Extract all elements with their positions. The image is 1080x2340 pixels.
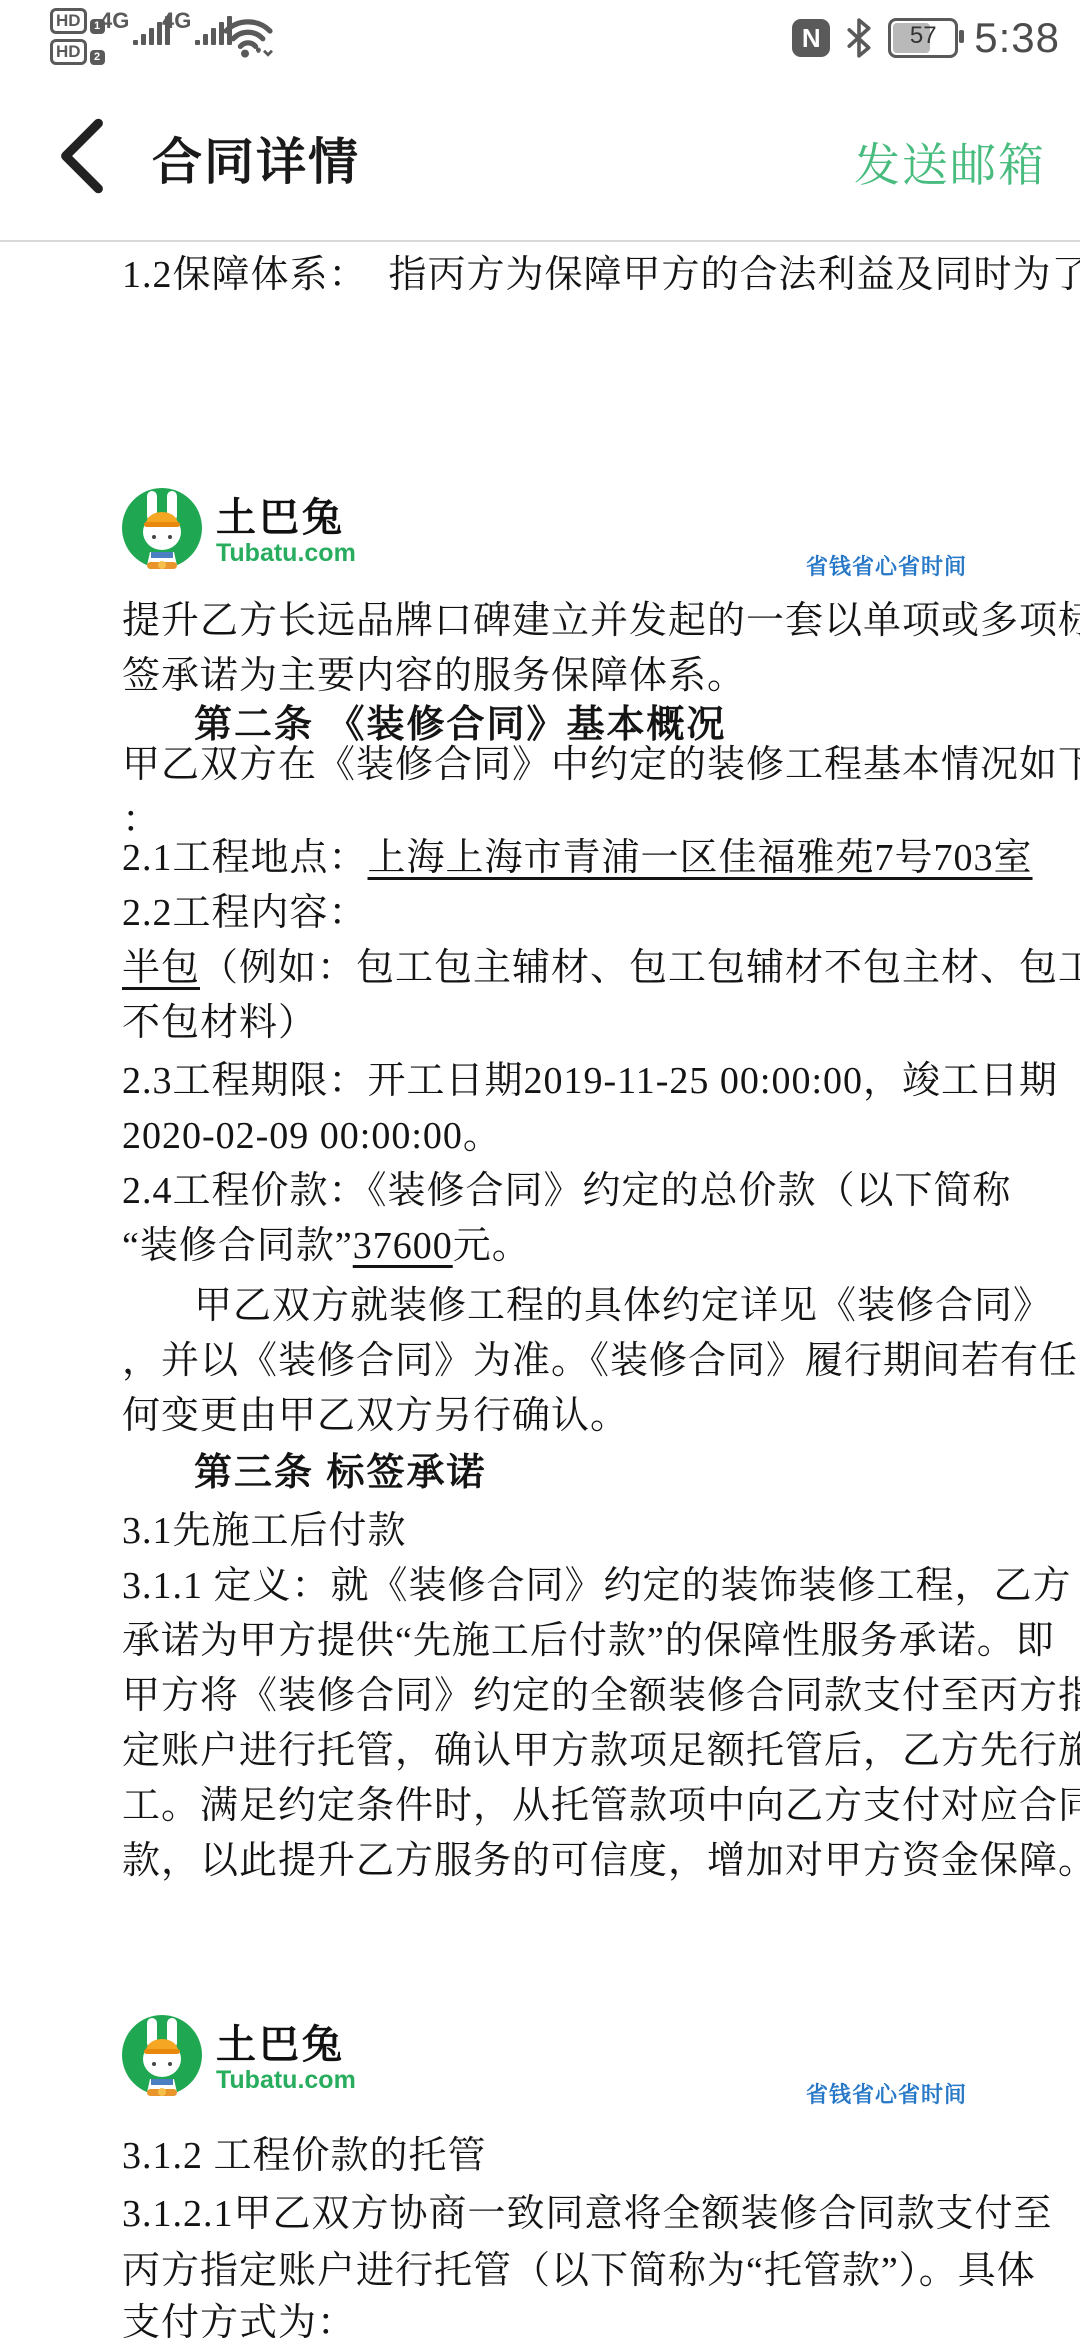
text-segment: 甲方将《装修合同》约定的全额装修合同款支付至丙方指	[122, 1675, 1080, 1717]
text-segment: 元。	[453, 1225, 531, 1267]
brand-name: 土巴兔	[216, 498, 356, 538]
underlined-value: 上海上海市青浦一区佳福雅苑7号703室	[368, 837, 1033, 879]
document-line: 不包材料）	[122, 1000, 1012, 1046]
text-segment: 签承诺为主要内容的服务保障体系。	[122, 655, 746, 697]
text-segment: 第三条 标签承诺	[194, 1452, 487, 1494]
tubatu-rabbit-icon	[120, 2013, 204, 2103]
document-line: 定账户进行托管，确认甲方款项足额托管后，乙方先行施	[122, 1728, 1012, 1774]
text-segment: 3.1.2.1甲乙双方协商一致同意将全额装修合同款支付至	[122, 2193, 1053, 2235]
text-segment: “装修合同款”	[122, 1225, 353, 1267]
document-line: 2.2工程内容：	[122, 890, 1012, 936]
text-segment: 丙方指定账户进行托管（以下简称为“托管款”）。具体	[122, 2250, 1036, 2292]
screen: HD 1 HD 2 4G 4G	[0, 0, 1080, 2340]
document-line: ，并以《装修合同》为准。《装修合同》履行期间若有任	[122, 1338, 1012, 1384]
document-line: 3.1先施工后付款	[122, 1508, 1012, 1554]
document-line: 2020-02-09 00:00:00。	[122, 1113, 1012, 1159]
text-segment: 甲乙双方在《装修合同》中约定的装修工程基本情况如下	[122, 744, 1080, 786]
document-line: “装修合同款”37600元。	[122, 1223, 1012, 1269]
contract-document: 土巴兔 Tubatu.com 省钱省心省时间 土巴兔	[0, 0, 1080, 2340]
document-line: 甲乙双方就装修工程的具体约定详见《装修合同》	[194, 1283, 1080, 1329]
document-line: 3.1.1 定义：就《装修合同》约定的装饰装修工程，乙方	[122, 1563, 1012, 1609]
text-segment: 款，以此提升乙方服务的可信度，增加对甲方资金保障。	[122, 1840, 1080, 1882]
document-line: 甲方将《装修合同》约定的全额装修合同款支付至丙方指	[122, 1673, 1012, 1719]
text-segment: （例如：包工包主辅材、包工包辅材不包主材、包工	[200, 947, 1080, 989]
underlined-value: 半包	[122, 947, 200, 989]
tubatu-logo-block: 土巴兔 Tubatu.com	[120, 2013, 356, 2103]
brand-name: 土巴兔	[216, 2025, 356, 2065]
document-line: 2.1工程地点：上海上海市青浦一区佳福雅苑7号703室	[122, 835, 1012, 881]
underlined-value: 37600	[353, 1225, 453, 1267]
brand-slogan: 省钱省心省时间	[806, 2078, 1006, 2109]
document-line: 丙方指定账户进行托管（以下简称为“托管款”）。具体	[122, 2248, 1012, 2294]
text-segment: 支付方式为：	[122, 2302, 356, 2340]
document-line: 半包（例如：包工包主辅材、包工包辅材不包主材、包工	[122, 945, 1012, 991]
document-line: 何变更由甲乙双方另行确认。	[122, 1393, 1012, 1439]
tubatu-rabbit-icon	[120, 486, 204, 576]
brand-domain: Tubatu.com	[216, 2067, 356, 2093]
text-segment: 3.1.1 定义：就《装修合同》约定的装饰装修工程，乙方	[122, 1565, 1072, 1607]
document-line: 1.2保障体系： 指丙方为保障甲方的合法利益及同时为了	[122, 252, 1012, 298]
document-line: 工。满足约定条件时，从托管款项中向乙方支付对应合同	[122, 1783, 1012, 1829]
document-line: 3.1.2.1甲乙双方协商一致同意将全额装修合同款支付至	[122, 2191, 1012, 2237]
document-line: 提升乙方长远品牌口碑建立并发起的一套以单项或多项标	[122, 598, 1012, 644]
document-line: 签承诺为主要内容的服务保障体系。	[122, 653, 1012, 699]
text-segment: 提升乙方长远品牌口碑建立并发起的一套以单项或多项标	[122, 600, 1080, 642]
brand-domain: Tubatu.com	[216, 540, 356, 566]
text-segment: 甲乙双方就装修工程的具体约定详见《装修合同》	[194, 1285, 1052, 1327]
text-segment: 定账户进行托管，确认甲方款项足额托管后，乙方先行施	[122, 1730, 1080, 1772]
text-segment: 3.1先施工后付款	[122, 1510, 407, 1552]
document-line: 2.4工程价款：《装修合同》约定的总价款（以下简称	[122, 1168, 1012, 1214]
text-segment: 2.3工程期限：开工日期2019-11-25 00:00:00，竣工日期	[122, 1060, 1058, 1102]
text-segment: 第二条 《装修合同》基本概况	[194, 704, 727, 746]
document-line: 3.1.2 工程价款的托管	[122, 2133, 1012, 2179]
text-segment: 承诺为甲方提供“先施工后付款”的保障性服务承诺。即	[122, 1620, 1055, 1662]
text-segment: 1.2保障体系： 指丙方为保障甲方的合法利益及同时为了	[122, 254, 1080, 296]
text-segment: 2.4工程价款：《装修合同》约定的总价款（以下简称	[122, 1170, 1012, 1212]
text-segment: 2.2工程内容：	[122, 892, 368, 934]
document-line: 款，以此提升乙方服务的可信度，增加对甲方资金保障。	[122, 1838, 1012, 1884]
document-line: 承诺为甲方提供“先施工后付款”的保障性服务承诺。即	[122, 1618, 1012, 1664]
document-line: 甲乙双方在《装修合同》中约定的装修工程基本情况如下	[122, 742, 1012, 788]
text-segment: 何变更由甲乙双方另行确认。	[122, 1395, 629, 1437]
text-segment: 不包材料）	[122, 1002, 317, 1044]
text-segment: ，并以《装修合同》为准。《装修合同》履行期间若有任	[122, 1340, 1078, 1382]
document-line: 第三条 标签承诺	[194, 1450, 1080, 1496]
text-segment: 工。满足约定条件时，从托管款项中向乙方支付对应合同	[122, 1785, 1080, 1827]
text-segment: 3.1.2 工程价款的托管	[122, 2135, 487, 2177]
tubatu-logo-block: 土巴兔 Tubatu.com	[120, 486, 356, 576]
brand-slogan: 省钱省心省时间	[806, 550, 1006, 581]
text-segment: 2.1工程地点：	[122, 837, 368, 879]
document-line: 支付方式为：	[122, 2300, 1012, 2340]
document-line: 2.3工程期限：开工日期2019-11-25 00:00:00，竣工日期	[122, 1058, 1012, 1104]
text-segment: 2020-02-09 00:00:00。	[122, 1115, 502, 1157]
